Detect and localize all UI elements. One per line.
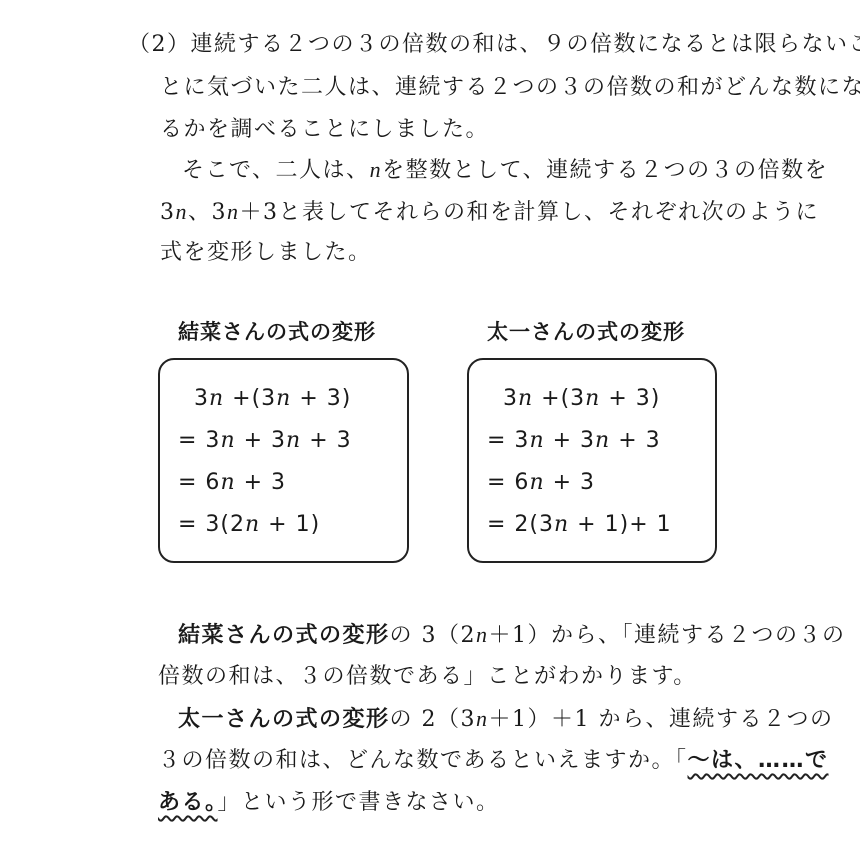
conclusion-line-1: 結菜さんの式の変形の 3（2n＋1）から、「連続する２つの３の <box>178 620 846 651</box>
para2-line-2: 3n、3n＋3と表してそれらの和を計算し、それぞれ次のように <box>160 197 819 228</box>
conclusion-line-2: 倍数の和は、３の倍数である」ことがわかります。 <box>158 662 697 692</box>
yuna-eq-1: 3n +(3n + 3) <box>178 384 351 414</box>
problem-line-2: とに気づいた二人は、連続する２つの３の倍数の和がどんな数にな <box>160 73 860 103</box>
problem-line-3: るかを調べることにしました。 <box>160 115 489 145</box>
yuna-equation-box: 3n +(3n + 3) = 3n + 3n + 3 = 6n + 3 = 3(… <box>158 358 409 563</box>
para2-line-1: そこで、二人は、nを整数として、連続する２つの３の倍数を <box>182 155 828 186</box>
taichi-heading: 太一さんの式の変形 <box>487 318 685 346</box>
taichi-eq-4: = 2(3n + 1)+ 1 <box>487 510 672 540</box>
conclusion-line-4: ３の倍数の和は、どんな数であるといえますか。「〜は、……で <box>158 746 829 776</box>
variable-n: n <box>370 157 383 182</box>
yuna-eq-3: = 6n + 3 <box>178 468 286 498</box>
yuna-heading: 結菜さんの式の変形 <box>178 318 376 346</box>
problem-number: （2） <box>128 32 191 57</box>
answer-format-wavy: 〜は、……で <box>688 748 829 773</box>
conclusion-line-3: 太一さんの式の変形の 2（3n＋1）＋1 から、連続する２つの <box>178 704 834 735</box>
taichi-eq-2: = 3n + 3n + 3 <box>487 426 661 456</box>
yuna-eq-2: = 3n + 3n + 3 <box>178 426 352 456</box>
yuna-eq-4: = 3(2n + 1) <box>178 510 320 540</box>
taichi-eq-1: 3n +(3n + 3) <box>487 384 660 414</box>
taichi-equation-box: 3n +(3n + 3) = 3n + 3n + 3 = 6n + 3 = 2(… <box>467 358 717 563</box>
conclusion-line-5: ある。」という形で書きなさい。 <box>158 788 500 818</box>
para2-line-3: 式を変形しました。 <box>160 238 372 268</box>
taichi-eq-3: = 6n + 3 <box>487 468 595 498</box>
answer-format-wavy-end: ある。 <box>158 790 218 815</box>
problem-line-1: （2）連続する２つの３の倍数の和は、９の倍数になるとは限らないこ <box>128 30 860 60</box>
